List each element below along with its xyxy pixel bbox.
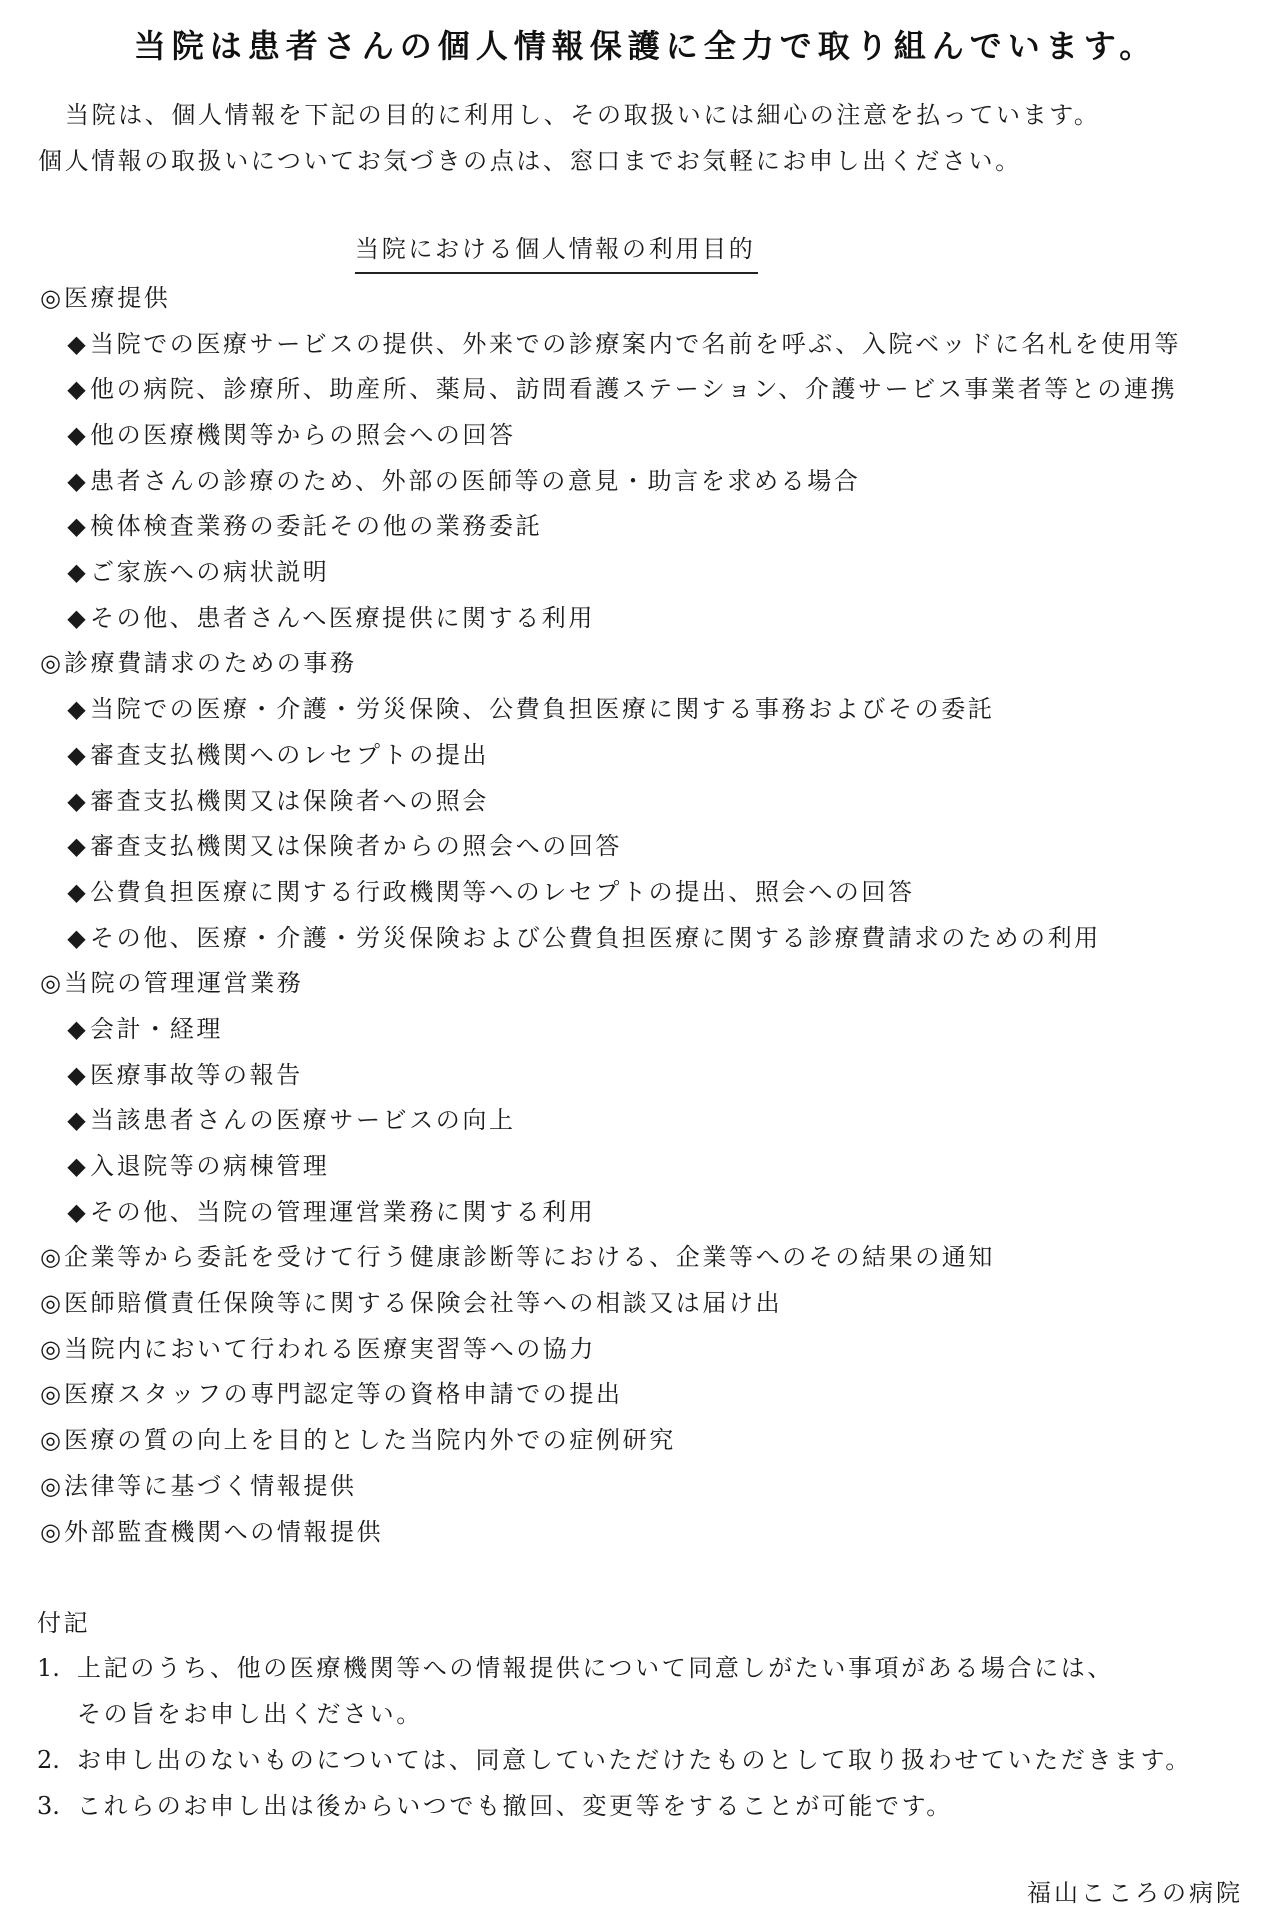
list-item-text: 会計・経理 [90,1015,223,1043]
diamond-bullet-icon: ◆ [63,1052,90,1098]
note-number: 1. [37,1645,77,1691]
category-medical-care: ◎医療提供 [37,275,170,321]
list-item: ◆会計・経理 [63,1006,223,1052]
diamond-bullet-icon: ◆ [63,732,90,778]
category-certification: ◎医療スタッフの専門認定等の資格申請での提出 [37,1371,623,1417]
diamond-bullet-icon: ◆ [63,1097,90,1143]
list-item: ◆当院での医療サービスの提供、外来での診療案内で名前を呼ぶ、入院ベッドに名札を使… [63,321,1181,367]
category-label: 当院内において行われる医療実習等への協力 [64,1335,596,1363]
intro-line-2: 個人情報の取扱いについてお気づきの点は、窓口までお気軽にお申し出ください。 [38,138,1022,184]
category-label: 当院の管理運営業務 [64,969,303,997]
double-circle-icon: ◎ [37,275,64,321]
list-item-text: その他、当院の管理運営業務に関する利用 [90,1198,595,1226]
category-label: 医療の質の向上を目的とした当院内外での症例研究 [64,1426,676,1454]
list-item-text: 医療事故等の報告 [90,1061,303,1089]
diamond-bullet-icon: ◆ [63,549,90,595]
list-item: ◆ご家族への病状説明 [63,549,329,595]
note-item-2: 2.お申し出のないものについては、同意していただけたものとして取り扱わせていただ… [37,1737,1192,1783]
list-item-text: 審査支払機関又は保険者からの照会への回答 [90,832,622,860]
diamond-bullet-icon: ◆ [63,1143,90,1189]
list-item: ◆入退院等の病棟管理 [63,1143,329,1189]
list-item: ◆当該患者さんの医療サービスの向上 [63,1097,516,1143]
list-item: ◆公費負担医療に関する行政機関等へのレセプトの提出、照会への回答 [63,869,915,915]
list-item: ◆その他、医療・介護・労災保険および公費負担医療に関する診療費請求のための利用 [63,915,1101,961]
category-case-research: ◎医療の質の向上を目的とした当院内外での症例研究 [37,1417,676,1463]
list-item: ◆医療事故等の報告 [63,1052,303,1098]
double-circle-icon: ◎ [37,1326,64,1372]
list-item-text: 当該患者さんの医療サービスの向上 [90,1106,516,1134]
category-medical-training: ◎当院内において行われる医療実習等への協力 [37,1326,596,1372]
list-item-text: その他、患者さんへ医療提供に関する利用 [90,604,595,632]
list-item: ◆審査支払機関又は保険者への照会 [63,778,489,824]
list-item-text: ご家族への病状説明 [90,558,329,586]
note-text: 上記のうち、他の医療機関等への情報提供について同意しがたい事項がある場合には、 [77,1654,1114,1682]
double-circle-icon: ◎ [37,1509,64,1555]
list-item-text: 審査支払機関へのレセプトの提出 [90,741,489,769]
double-circle-icon: ◎ [37,960,64,1006]
list-item-text: 他の医療機関等からの照会への回答 [90,421,516,449]
category-label: 診療費請求のための事務 [64,649,357,677]
double-circle-icon: ◎ [37,1417,64,1463]
category-management: ◎当院の管理運営業務 [37,960,303,1006]
double-circle-icon: ◎ [37,1463,64,1509]
hospital-signature: 福山こころの病院 [1027,1870,1243,1916]
list-item: ◆当院での医療・介護・労災保険、公費負担医療に関する事務およびその委託 [63,686,994,732]
list-item: ◆検体検査業務の委託その他の業務委託 [63,503,542,549]
category-external-audit: ◎外部監査機関への情報提供 [37,1509,383,1555]
note-item-1-continuation: その旨をお申し出ください。 [77,1691,423,1737]
category-health-checkup-notice: ◎企業等から委託を受けて行う健康診断等における、企業等へのその結果の通知 [37,1234,995,1280]
diamond-bullet-icon: ◆ [63,686,90,732]
diamond-bullet-icon: ◆ [63,366,90,412]
category-label: 医療スタッフの専門認定等の資格申請での提出 [64,1380,623,1408]
intro-line-1: 当院は、個人情報を下記の目的に利用し、その取扱いには細心の注意を払っています。 [65,92,1100,138]
list-item-text: 公費負担医療に関する行政機関等へのレセプトの提出、照会への回答 [90,878,915,906]
list-item: ◆審査支払機関へのレセプトの提出 [63,732,489,778]
diamond-bullet-icon: ◆ [63,869,90,915]
list-item-text: 入退院等の病棟管理 [90,1152,329,1180]
diamond-bullet-icon: ◆ [63,458,90,504]
category-label: 外部監査機関への情報提供 [64,1518,383,1546]
list-item: ◆他の医療機関等からの照会への回答 [63,412,516,458]
diamond-bullet-icon: ◆ [63,321,90,367]
list-item: ◆他の病院、診療所、助産所、薬局、訪問看護ステーション、介護サービス事業者等との… [63,366,1177,412]
note-number: 3. [37,1783,77,1829]
double-circle-icon: ◎ [37,1234,64,1280]
note-number: 2. [37,1737,77,1783]
list-item-text: その他、医療・介護・労災保険および公費負担医療に関する診療費請求のための利用 [90,924,1101,952]
diamond-bullet-icon: ◆ [63,823,90,869]
list-item: ◆その他、患者さんへ医療提供に関する利用 [63,595,595,641]
list-item: ◆審査支払機関又は保険者からの照会への回答 [63,823,622,869]
notes-heading: 付記 [37,1600,90,1646]
diamond-bullet-icon: ◆ [63,503,90,549]
note-item-1: 1.上記のうち、他の医療機関等への情報提供について同意しがたい事項がある場合には… [37,1645,1114,1691]
double-circle-icon: ◎ [37,1280,64,1326]
category-legal-disclosure: ◎法律等に基づく情報提供 [37,1463,357,1509]
category-liability-insurance: ◎医師賠償責任保険等に関する保険会社等への相談又は届け出 [37,1280,782,1326]
list-item-text: 当院での医療・介護・労災保険、公費負担医療に関する事務およびその委託 [90,695,994,723]
category-label: 法律等に基づく情報提供 [64,1472,357,1500]
category-billing: ◎診療費請求のための事務 [37,640,357,686]
category-label: 企業等から委託を受けて行う健康診断等における、企業等へのその結果の通知 [64,1243,995,1271]
list-item-text: 検体検査業務の委託その他の業務委託 [90,512,542,540]
note-text: お申し出のないものについては、同意していただけたものとして取り扱わせていただきま… [77,1746,1192,1774]
list-item: ◆患者さんの診療のため、外部の医師等の意見・助言を求める場合 [63,458,860,504]
list-item-text: 患者さんの診療のため、外部の医師等の意見・助言を求める場合 [90,467,860,495]
diamond-bullet-icon: ◆ [63,778,90,824]
diamond-bullet-icon: ◆ [63,595,90,641]
list-item: ◆その他、当院の管理運営業務に関する利用 [63,1189,595,1235]
double-circle-icon: ◎ [37,1371,64,1417]
page-title: 当院は患者さんの個人情報保護に全力で取り組んでいます。 [0,26,1281,66]
list-item-text: 他の病院、診療所、助産所、薬局、訪問看護ステーション、介護サービス事業者等との連… [90,375,1177,403]
list-item-text: 当院での医療サービスの提供、外来での診療案内で名前を呼ぶ、入院ベッドに名札を使用… [90,330,1181,358]
diamond-bullet-icon: ◆ [63,1006,90,1052]
note-text: これらのお申し出は後からいつでも撤回、変更等をすることが可能です。 [77,1792,953,1820]
diamond-bullet-icon: ◆ [63,1189,90,1235]
diamond-bullet-icon: ◆ [63,915,90,961]
category-label: 医師賠償責任保険等に関する保険会社等への相談又は届け出 [64,1289,782,1317]
note-item-3: 3.これらのお申し出は後からいつでも撤回、変更等をすることが可能です。 [37,1783,953,1829]
list-item-text: 審査支払機関又は保険者への照会 [90,787,489,815]
section-heading: 当院における個人情報の利用目的 [355,228,758,274]
category-label: 医療提供 [64,284,170,312]
diamond-bullet-icon: ◆ [63,412,90,458]
double-circle-icon: ◎ [37,640,64,686]
